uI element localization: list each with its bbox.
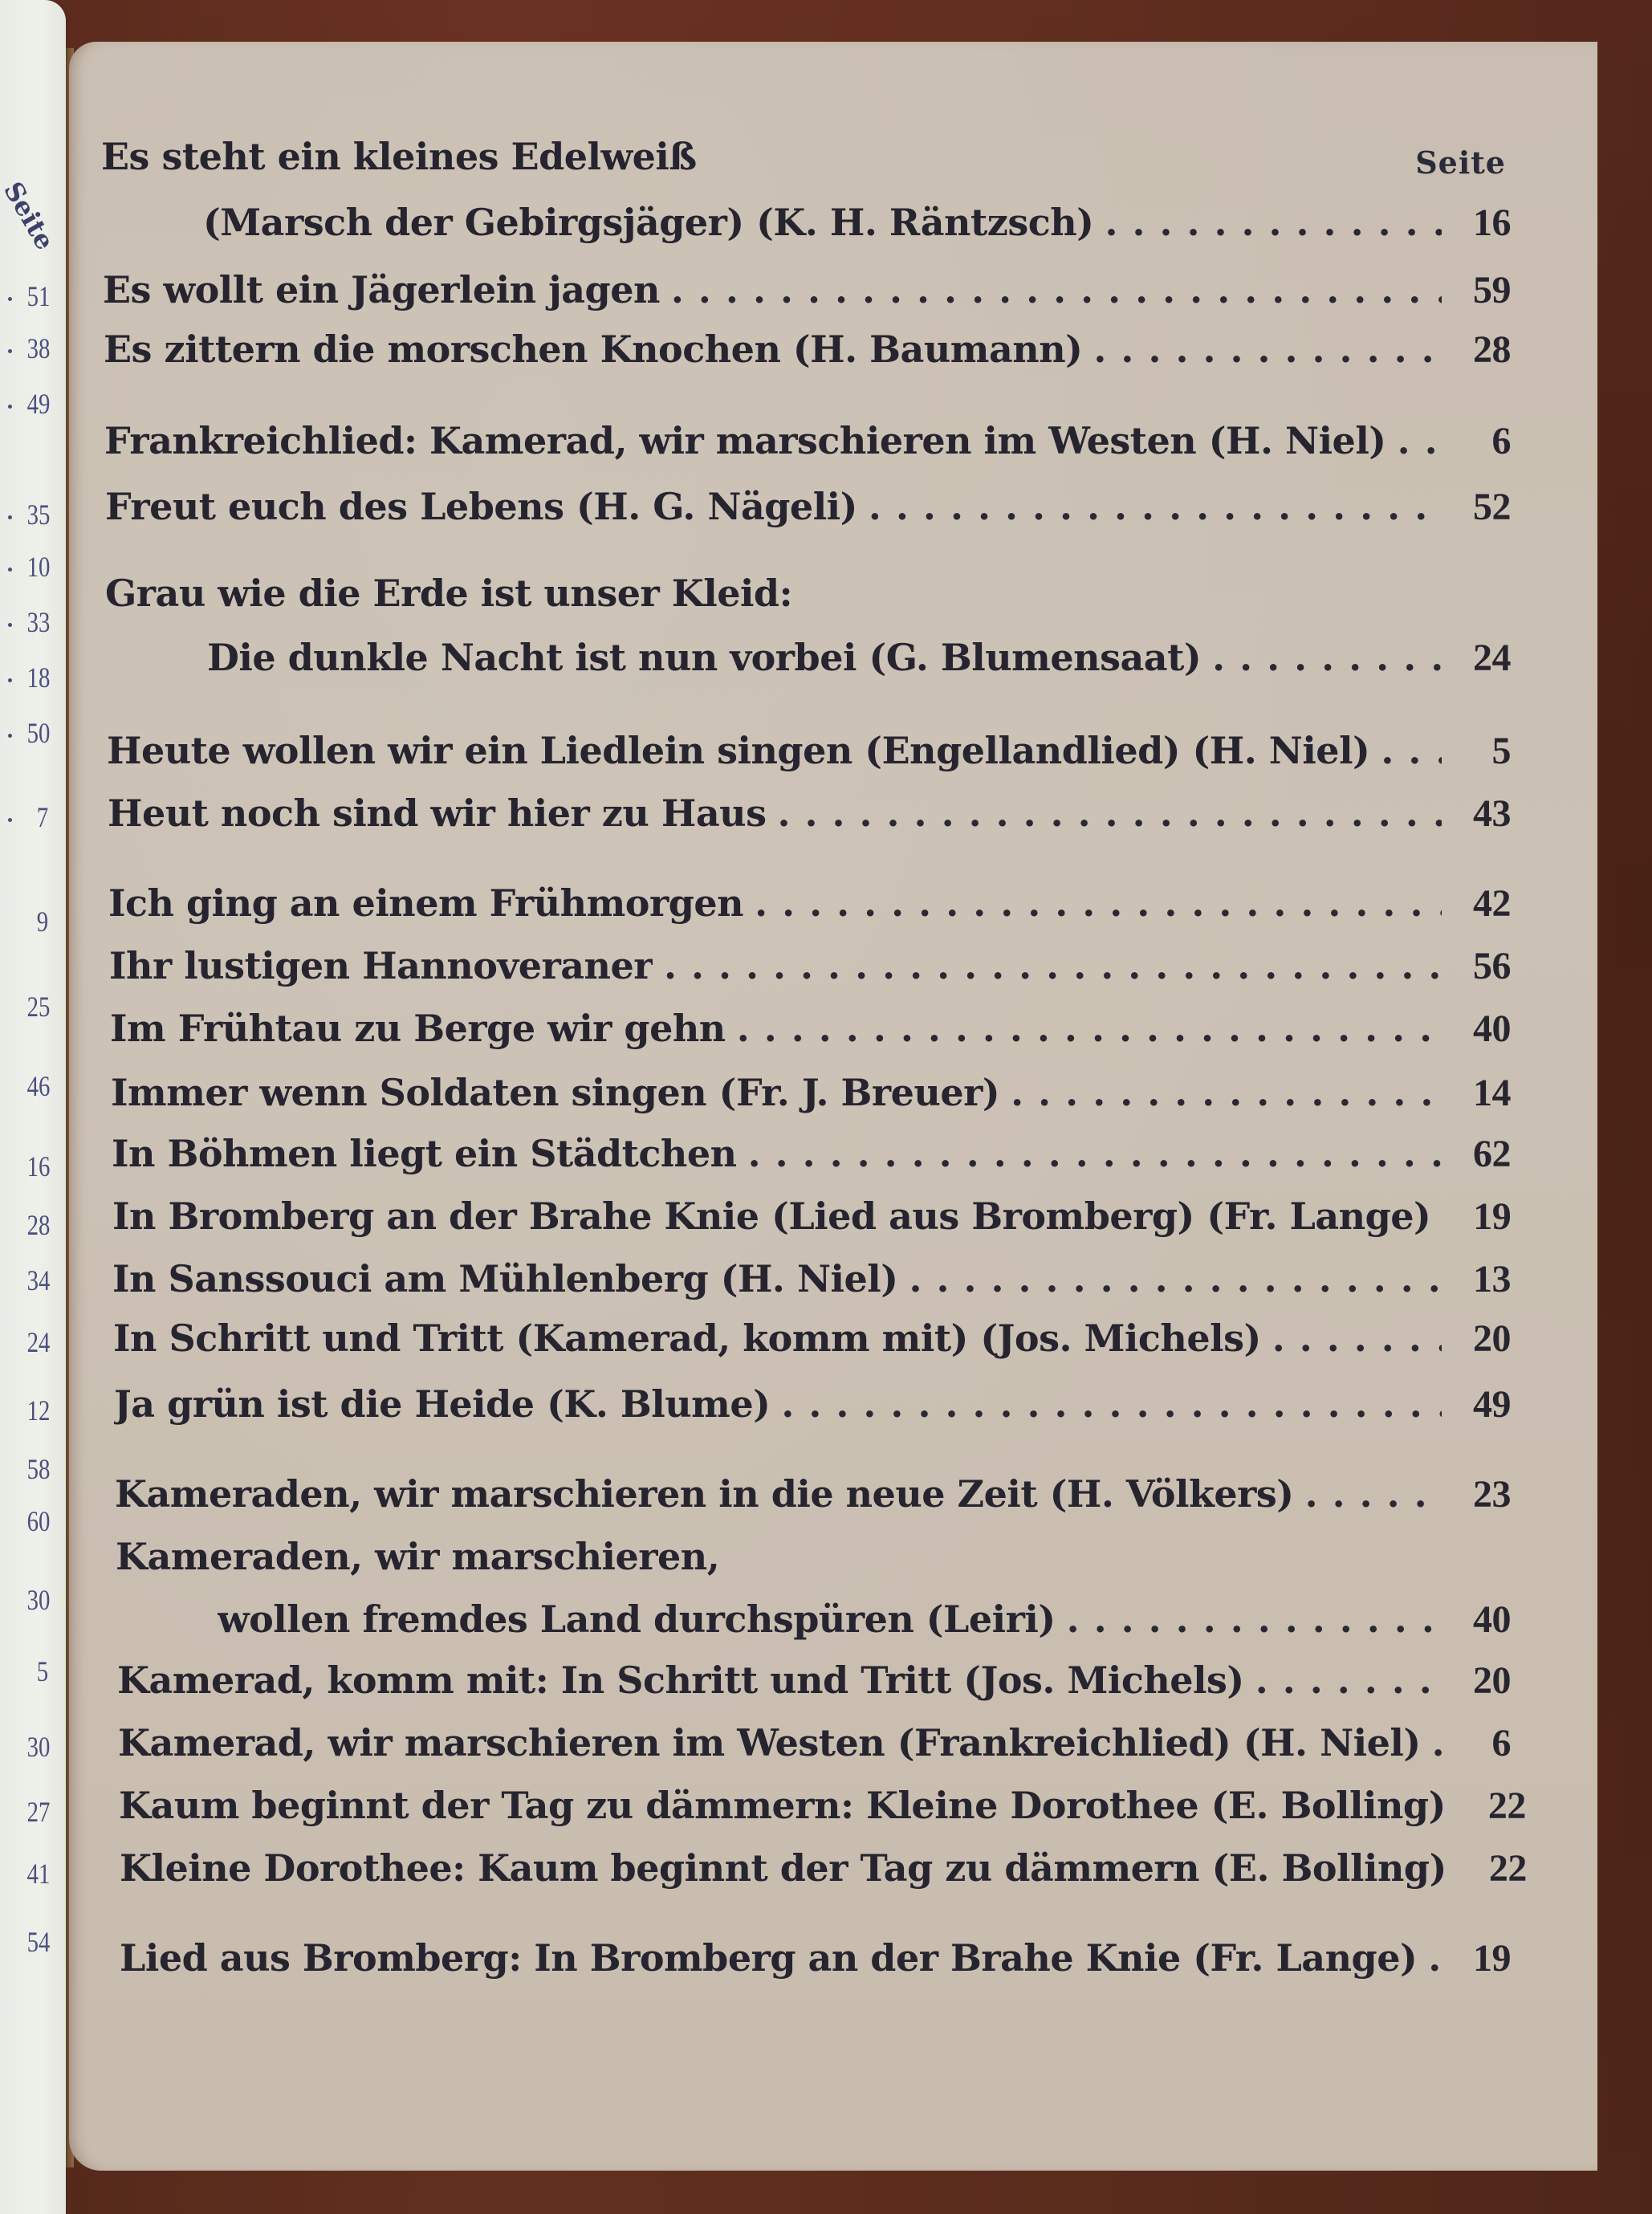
leader-dot (8, 623, 12, 627)
toc-entry: Kameraden, wir marschieren in die neue Z… (115, 1472, 1511, 1516)
dot-leader: ........................................… (1369, 729, 1442, 772)
leader-dot (8, 349, 12, 353)
dot-leader: ........................................… (1056, 1597, 1442, 1641)
toc-entry: In Böhmen liegt ein Städtchen...........… (112, 1132, 1511, 1176)
leader-dot (8, 568, 12, 572)
toc-entry: Heute wollen wir ein Liedlein singen (En… (107, 729, 1511, 773)
toc-entry-page-number: 22 (1458, 1846, 1527, 1890)
toc-entry-title: wollen fremdes Land durchspüren (Leiri) (218, 1597, 1056, 1641)
toc-entry-title: Grau wie die Erde ist unser Kleid: (105, 572, 792, 615)
dot-leader: ........................................… (1244, 1658, 1442, 1702)
toc-entry-page-number: 49 (1442, 1382, 1511, 1426)
previous-page-number: 35 (27, 498, 51, 531)
toc-entry: Ihr lustigen Hannoveraner...............… (109, 944, 1511, 988)
toc-entry-page-number: 20 (1442, 1658, 1511, 1703)
dot-leader: ........................................… (1261, 1317, 1442, 1360)
dot-leader: ........................................… (1082, 328, 1442, 371)
dot-leader: ........................................… (1386, 419, 1442, 462)
toc-entry-page-number: 5 (1442, 729, 1511, 773)
previous-page-number: 5 (37, 1654, 48, 1688)
leader-dot (8, 818, 12, 822)
toc-entry-page-number: 62 (1442, 1132, 1511, 1176)
toc-entry-page-number: 6 (1442, 419, 1511, 463)
previous-page-number: 50 (27, 716, 51, 750)
toc-entry-title: Ich ging an einem Frühmorgen (108, 881, 743, 925)
dot-leader: ........................................… (1421, 1721, 1442, 1764)
dot-leader: ........................................… (897, 1257, 1442, 1300)
toc-entry-title: Kamerad, wir marschieren im Westen (Fran… (118, 1721, 1421, 1764)
previous-page-header: Seite (0, 177, 60, 255)
leader-dot (8, 678, 12, 682)
toc-entry-title: Ihr lustigen Hannoveraner (109, 944, 653, 987)
dot-leader: ........................................… (1446, 1784, 1457, 1827)
previous-page-number: 54 (27, 1925, 51, 1959)
previous-page-number: 30 (27, 1583, 51, 1617)
toc-entry-page-number: 42 (1442, 881, 1511, 926)
previous-page-number: 16 (27, 1150, 51, 1183)
leader-dot (8, 405, 12, 409)
previous-page-number: 18 (27, 661, 51, 694)
toc-entry-title: Lied aus Bromberg: In Bromberg an der Br… (120, 1936, 1417, 1980)
toc-entry-page-number: 19 (1442, 1936, 1511, 1980)
toc-entry-title: In Böhmen liegt ein Städtchen (112, 1132, 737, 1175)
toc-entry: Die dunkle Nacht ist nun vorbei (G. Blum… (207, 636, 1511, 680)
toc-entry-title: Heute wollen wir ein Liedlein singen (En… (107, 729, 1369, 772)
previous-page-number: 41 (27, 1857, 51, 1890)
previous-page-number: 34 (27, 1264, 51, 1297)
toc-entry: Heut noch sind wir hier zu Haus.........… (108, 792, 1511, 836)
toc-entry-page-number: 22 (1457, 1784, 1526, 1828)
toc-entry-title: Kameraden, wir marschieren, (116, 1535, 719, 1578)
toc-entry: Es steht ein kleines Edelweiß (101, 135, 1511, 178)
toc-entry: Kameraden, wir marschieren, (116, 1535, 1511, 1578)
dot-leader: ........................................… (766, 792, 1442, 835)
toc-entry-title: Im Frühtau zu Berge wir gehn (110, 1007, 726, 1050)
toc-entry-title: Heut noch sind wir hier zu Haus (108, 792, 766, 835)
dot-leader: ........................................… (770, 1382, 1442, 1426)
dot-leader: ........................................… (1201, 636, 1442, 679)
previous-page-number: 46 (27, 1069, 51, 1103)
toc-entry-page-number: 20 (1442, 1317, 1511, 1361)
toc-entry-page-number: 40 (1442, 1597, 1511, 1642)
toc-entry-page-number: 24 (1442, 636, 1511, 680)
dot-leader: ........................................… (857, 485, 1442, 528)
previous-page-number: 33 (27, 605, 51, 639)
previous-page-number: 60 (27, 1504, 51, 1538)
toc-entry-page-number: 52 (1442, 485, 1511, 529)
previous-page-number: 10 (27, 550, 51, 584)
toc-entry: Kaum beginnt der Tag zu dämmern: Kleine … (119, 1784, 1511, 1828)
toc-entry-title: Kameraden, wir marschieren in die neue Z… (115, 1472, 1294, 1516)
previous-page-number: 12 (27, 1394, 51, 1427)
toc-entry-page-number: 56 (1442, 944, 1511, 988)
dot-leader: ........................................… (1447, 1846, 1458, 1890)
toc-entry: Kamerad, wir marschieren im Westen (Fran… (118, 1721, 1511, 1765)
leader-dot (8, 515, 12, 519)
previous-page-number: 28 (27, 1208, 51, 1242)
toc-entry-title: Immer wenn Soldaten singen (Fr. J. Breue… (111, 1071, 999, 1114)
toc-entry: Freut euch des Lebens (H. G. Nägeli)....… (105, 485, 1511, 529)
dot-leader: ........................................… (737, 1132, 1442, 1175)
previous-page-number: 7 (37, 800, 48, 834)
toc-entry-page-number: 43 (1442, 792, 1511, 836)
dot-leader: ........................................… (726, 1007, 1442, 1050)
toc-entry: Im Frühtau zu Berge wir gehn............… (110, 1007, 1511, 1051)
dot-leader: ........................................… (1093, 201, 1442, 244)
toc-entry-page-number: 40 (1442, 1007, 1511, 1051)
previous-page-number: 30 (27, 1730, 51, 1764)
toc-entry-title: Ja grün ist die Heide (K. Blume) (114, 1382, 770, 1426)
toc-entry-page-number: 23 (1442, 1472, 1511, 1516)
toc-entry: In Bromberg an der Brahe Knie (Lied aus … (112, 1195, 1511, 1239)
previous-page-number: 38 (27, 332, 51, 365)
previous-page-number: 9 (37, 905, 48, 938)
toc-entry-title: Es steht ein kleines Edelweiß (101, 135, 697, 178)
toc-entry: Es zittern die morschen Knochen (H. Baum… (104, 328, 1511, 372)
dot-leader: ........................................… (1417, 1936, 1442, 1980)
leader-dot (8, 297, 12, 301)
toc-page: Seite Es steht ein kleines Edelweiß(Mars… (69, 42, 1597, 2171)
toc-entry: Kleine Dorothee: Kaum beginnt der Tag zu… (120, 1846, 1511, 1890)
toc-entry: Grau wie die Erde ist unser Kleid: (105, 572, 1511, 615)
toc-entry-title: In Sanssouci am Mühlenberg (H. Niel) (112, 1257, 897, 1300)
previous-page-number: 58 (27, 1452, 51, 1486)
toc-entry: Kamerad, komm mit: In Schritt und Tritt … (117, 1658, 1511, 1703)
toc-entry: Ja grün ist die Heide (K. Blume)........… (114, 1382, 1511, 1426)
dot-leader: ........................................… (999, 1071, 1442, 1114)
toc-entry: Lied aus Bromberg: In Bromberg an der Br… (120, 1936, 1511, 1980)
toc-entry-title: Kaum beginnt der Tag zu dämmern: Kleine … (119, 1784, 1446, 1827)
toc-entry-title: Kamerad, komm mit: In Schritt und Tritt … (117, 1658, 1244, 1702)
toc-entry-title: (Marsch der Gebirgsjäger) (K. H. Räntzsc… (203, 201, 1093, 244)
toc-entry: wollen fremdes Land durchspüren (Leiri).… (218, 1597, 1511, 1642)
dot-leader: ........................................… (653, 944, 1442, 987)
toc-entry-page-number: 28 (1442, 328, 1511, 372)
table-of-contents: Es steht ein kleines Edelweiß(Marsch der… (69, 42, 1597, 2171)
dot-leader: ........................................… (1294, 1472, 1442, 1516)
toc-entry-title: Freut euch des Lebens (H. G. Nägeli) (105, 485, 857, 528)
toc-entry-page-number: 59 (1442, 268, 1511, 312)
toc-entry-title: Kleine Dorothee: Kaum beginnt der Tag zu… (120, 1846, 1447, 1890)
toc-entry-page-number: 19 (1442, 1195, 1511, 1239)
previous-page-number: 27 (27, 1795, 51, 1829)
toc-entry-page-number: 16 (1442, 201, 1511, 245)
toc-entry-title: Frankreichlied: Kamerad, wir marschieren… (104, 419, 1386, 462)
toc-entry-title: In Bromberg an der Brahe Knie (Lied aus … (112, 1195, 1430, 1238)
toc-entry-title: In Schritt und Tritt (Kamerad, komm mit)… (113, 1317, 1261, 1360)
toc-entry: Ich ging an einem Frühmorgen............… (108, 881, 1511, 926)
previous-page-number: 51 (27, 279, 51, 313)
dot-leader: ........................................… (1430, 1195, 1442, 1238)
dot-leader: ........................................… (743, 881, 1442, 925)
toc-entry-title: Es zittern die morschen Knochen (H. Baum… (104, 328, 1082, 371)
previous-page-number: 24 (27, 1325, 51, 1359)
toc-entry: Es wollt ein Jägerlein jagen............… (103, 268, 1511, 312)
toc-entry-page-number: 13 (1442, 1257, 1511, 1301)
previous-page-edge: Seite 5138493510331850792546162834241258… (0, 0, 66, 2214)
toc-entry-title: Die dunkle Nacht ist nun vorbei (G. Blum… (207, 636, 1201, 679)
toc-entry-page-number: 6 (1442, 1721, 1511, 1765)
leader-dot (8, 734, 12, 738)
toc-entry-page-number: 14 (1442, 1071, 1511, 1115)
dot-leader: ........................................… (660, 268, 1442, 311)
toc-entry: (Marsch der Gebirgsjäger) (K. H. Räntzsc… (203, 201, 1511, 245)
toc-entry: Frankreichlied: Kamerad, wir marschieren… (104, 419, 1511, 463)
previous-page-number: 49 (27, 387, 51, 421)
toc-entry: In Sanssouci am Mühlenberg (H. Niel)....… (112, 1257, 1511, 1301)
previous-page-number: 25 (27, 990, 51, 1024)
toc-entry: In Schritt und Tritt (Kamerad, komm mit)… (113, 1317, 1511, 1361)
toc-entry: Immer wenn Soldaten singen (Fr. J. Breue… (111, 1071, 1511, 1115)
toc-entry-title: Es wollt ein Jägerlein jagen (103, 268, 660, 311)
